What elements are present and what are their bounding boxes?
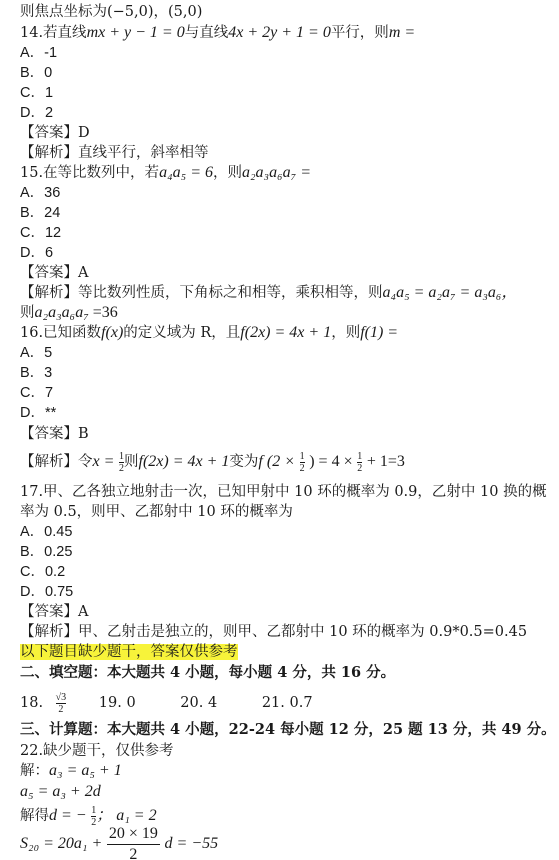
stem-text: 与直线 [185,25,229,41]
analysis: 【解析】等比数列性质，下角标之和相等，乘积相等，则a₄a₅ = a₂a₇ = a… [20,283,517,303]
math: 4x + 2y + 1 = 0 [228,24,331,41]
option-a: A．5 [20,343,52,363]
math: m = [389,24,415,41]
analysis-text: 【解析】等比数列性质，下角标之和相等，乘积相等，则 [20,285,383,301]
analysis-text: 【解析】令 [20,454,93,470]
fill-19: 19. 0 [99,695,136,711]
option-c: C．12 [20,223,61,243]
section-3-title: 三、计算题：本大题共 4 小题，22-24 每小题 12 分，25 题 13 分… [20,720,556,740]
solution-text: 解： [20,763,49,779]
math: f(x) [101,324,123,341]
option-c: C．7 [20,383,53,403]
option-d: D．2 [20,103,53,123]
question-22-stem: 22.缺少题干，仅供参考 [20,741,174,761]
math: a₄a₅ = 6 [159,164,213,181]
math: a₄a₅ = a₂a₇ = a₃a₆， [383,284,518,301]
math: a₅ = a₃ + 2d [20,783,101,800]
answer: 【答案】D [20,123,90,143]
option-c: C．0.2 [20,562,65,582]
stem-text: ，则 [331,325,360,341]
question-15-stem: 15.在等比数列中，若a₄a₅ = 6，则a₂a₃a₆a₇ = [20,163,311,183]
option-a: A．0.45 [20,522,72,542]
solution-line-4: S₂₀ = 20a₁ + 20 × 192 d = −55 [20,822,218,860]
answer: 【答案】B [20,424,89,444]
stem-text: 14.若直线 [20,25,87,41]
question-17-stem: 17.甲、乙各独立地射击一次，已知甲射中 10 环的概率为 0.9，乙射中 10… [20,482,547,502]
math: f(1) = [360,324,398,341]
stem-text: ，则 [213,165,242,181]
option-b: B．3 [20,363,52,383]
option-d: D．** [20,403,56,423]
text-line-focus: 则焦点坐标为(−5,0)，(5,0) [20,2,202,22]
math: a₃ = a₅ + 1 [49,762,122,779]
math: mx + y − 1 = 0 [87,24,185,41]
answer: 【答案】A [20,263,88,283]
math: f (2 × [258,453,295,470]
question-17-stem-cont: 率为 0.5，则甲、乙都射中 10 环的概率为 [20,502,293,522]
analysis: 【解析】甲、乙射击是独立的，则甲、乙都射中 10 环的概率为 0.9*0.5=0… [20,622,527,642]
option-b: B．24 [20,203,60,223]
fill-18-label: 18. [20,695,43,711]
analysis-text: 则 [124,454,139,470]
analysis: 【解析】直线平行，斜率相等 [20,143,209,163]
fill-answers: 18. √32 19. 0 20. 4 21. 0.7 [20,690,313,716]
section-2-title: 二、填空题：本大题共 4 小题，每小题 4 分，共 16 分。 [20,663,395,683]
answer: 【答案】A [20,602,88,622]
stem-text: 16.已知函数 [20,325,101,341]
fraction-half: 12 [300,451,305,474]
fill-20: 20. 4 [180,695,217,711]
option-d: D．6 [20,243,53,263]
stem-text: 的定义域为 R，且 [123,325,240,341]
analysis-cont: 则a₂a₃a₆a₇ =36 [20,303,118,323]
fraction-sum: 20 × 192 [107,824,160,860]
analysis-text: 则 [20,305,35,321]
notice-highlight: 以下题目缺少题干，答案仅供参考 [20,642,238,662]
option-c: C．1 [20,83,53,103]
math: f(2x) = 4x + 1 [240,324,331,341]
fill-18-fraction: √32 [56,692,67,715]
math: + 1=3 [367,453,405,470]
math: a₂a₃a₆a₇ = [242,164,311,181]
notice-text: 以下题目缺少题干，答案仅供参考 [20,644,238,660]
fraction-half: 12 [357,451,362,474]
math: ) = 4 × [309,453,352,470]
analysis-text: =36 [89,304,118,321]
math: x = [93,453,115,470]
option-b: B．0.25 [20,542,72,562]
solution-line-1: 解：a₃ = a₅ + 1 [20,761,122,781]
option-a: A．36 [20,183,60,203]
analysis-text: 变为 [229,454,258,470]
stem-text: 15.在等比数列中，若 [20,165,159,181]
analysis: 【解析】令x = 12则f(2x) = 4x + 1变为f (2 × 12 ) … [20,448,405,476]
stem-text: 平行，则 [331,25,389,41]
option-a: A．-1 [20,43,57,63]
fill-21: 21. 0.7 [262,695,313,711]
math: f(2x) = 4x + 1 [139,453,230,470]
question-14-stem: 14.若直线mx + y − 1 = 0与直线4x + 2y + 1 = 0平行… [20,23,415,43]
math: d = −55 [165,835,219,852]
question-16-stem: 16.已知函数f(x)的定义域为 R，且f(2x) = 4x + 1，则f(1)… [20,323,398,343]
math: a₂a₃a₆a₇ [35,304,89,321]
solution-line-2: a₅ = a₃ + 2d [20,782,101,802]
option-b: B．0 [20,63,52,83]
option-d: D．0.75 [20,582,73,602]
math: S₂₀ = 20a₁ + [20,835,102,852]
